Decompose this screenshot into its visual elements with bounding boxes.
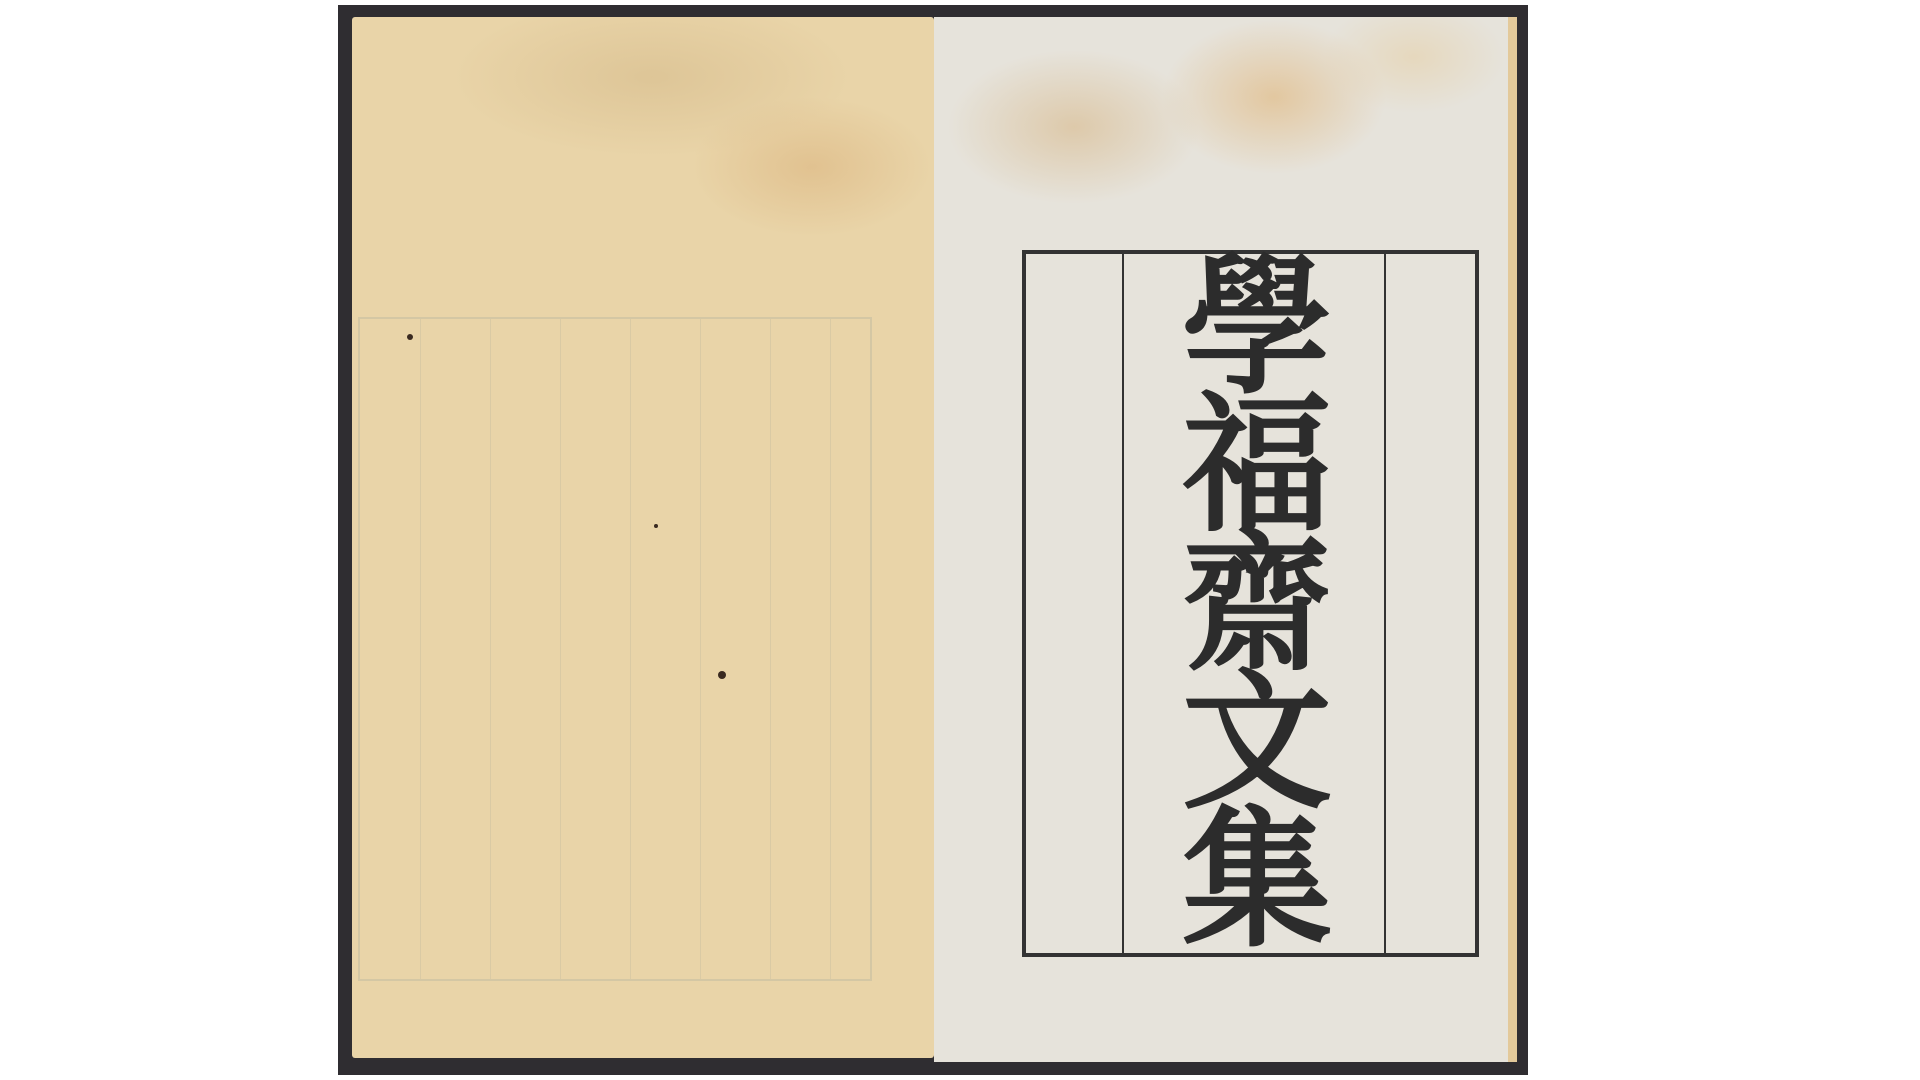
grid-line bbox=[700, 319, 701, 979]
grid-line bbox=[830, 319, 831, 979]
grid-line bbox=[490, 319, 491, 979]
grid-line bbox=[770, 319, 771, 979]
grid-line bbox=[420, 319, 421, 979]
show-through-grid bbox=[358, 317, 872, 981]
title-char: 學 bbox=[1182, 260, 1332, 394]
title-char: 福 bbox=[1182, 398, 1332, 532]
title-char: 文 bbox=[1182, 675, 1332, 809]
water-stain bbox=[934, 17, 1516, 247]
grid-line bbox=[560, 319, 561, 979]
wormhole bbox=[407, 334, 413, 340]
wormhole bbox=[718, 671, 726, 679]
title-char: 齋 bbox=[1182, 537, 1332, 671]
page-edge bbox=[1508, 17, 1517, 1062]
column-rule bbox=[1122, 254, 1124, 953]
title-char: 集 bbox=[1182, 813, 1332, 947]
book-title: 學 福 齋 文 集 bbox=[1126, 260, 1388, 947]
title-cartouche: 學 福 齋 文 集 bbox=[1022, 250, 1479, 957]
grid-line bbox=[630, 319, 631, 979]
left-page-blank bbox=[352, 17, 934, 1058]
wormhole bbox=[654, 524, 658, 528]
